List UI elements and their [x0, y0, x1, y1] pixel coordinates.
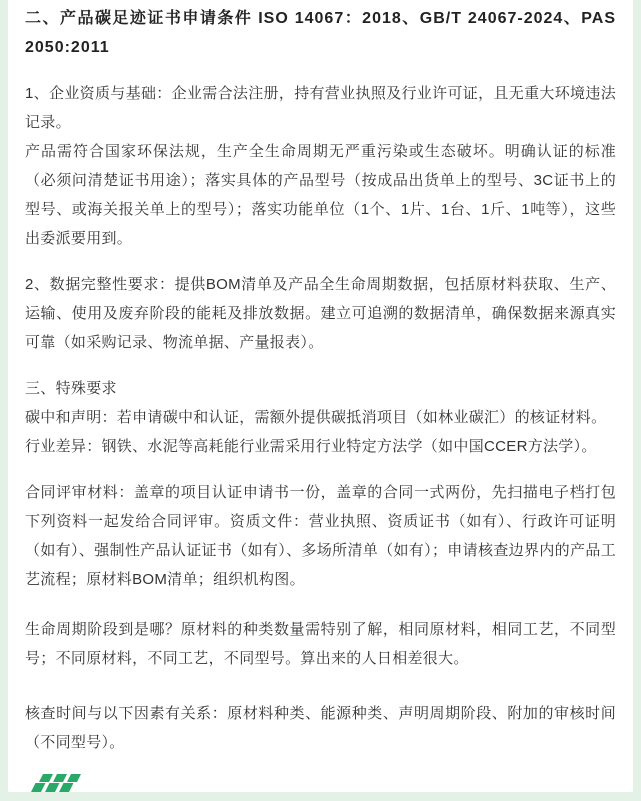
- page-background: 二、产品碳足迹证书申请条件 ISO 14067：2018、GB/T 24067-…: [0, 0, 641, 801]
- paragraph: 2、数据完整性要求：提供BOM清单及产品全生命周期数据，包括原材料获取、生产、运…: [25, 270, 616, 357]
- paragraph: 生命周期阶段到是哪？原材料的种类数量需特别了解，相同原材料，相同工艺，不同型号；…: [25, 615, 616, 673]
- paragraph: 产品需符合国家环保法规，生产全生命周期无严重污染或生态破坏。明确认证的标准（必须…: [25, 137, 616, 253]
- paragraph: 1、企业资质与基础：企业需合法注册，持有营业执照及行业许可证，且无重大环境违法记…: [25, 79, 616, 137]
- checkered-flag-icon: [31, 774, 83, 792]
- paragraph: 碳中和声明：若申请碳中和认证，需额外提供碳抵消项目（如林业碳汇）的核证材料。: [25, 403, 616, 432]
- paragraph: 行业差异：钢铁、水泥等高耗能行业需采用行业特定方法学（如中国CCER方法学）。: [25, 432, 616, 461]
- document-title: 二、产品碳足迹证书申请条件 ISO 14067：2018、GB/T 24067-…: [25, 4, 616, 62]
- paragraph: 合同评审材料：盖章的项目认证申请书一份，盖章的合同一式两份，先扫描电子档打包下列…: [25, 478, 616, 594]
- paragraph: 核查时间与以下因素有关系：原材料种类、能源种类、声明周期阶段、附加的审核时间（不…: [25, 699, 616, 757]
- document-card: 二、产品碳足迹证书申请条件 ISO 14067：2018、GB/T 24067-…: [8, 0, 633, 792]
- paragraph: 三、特殊要求: [25, 374, 616, 403]
